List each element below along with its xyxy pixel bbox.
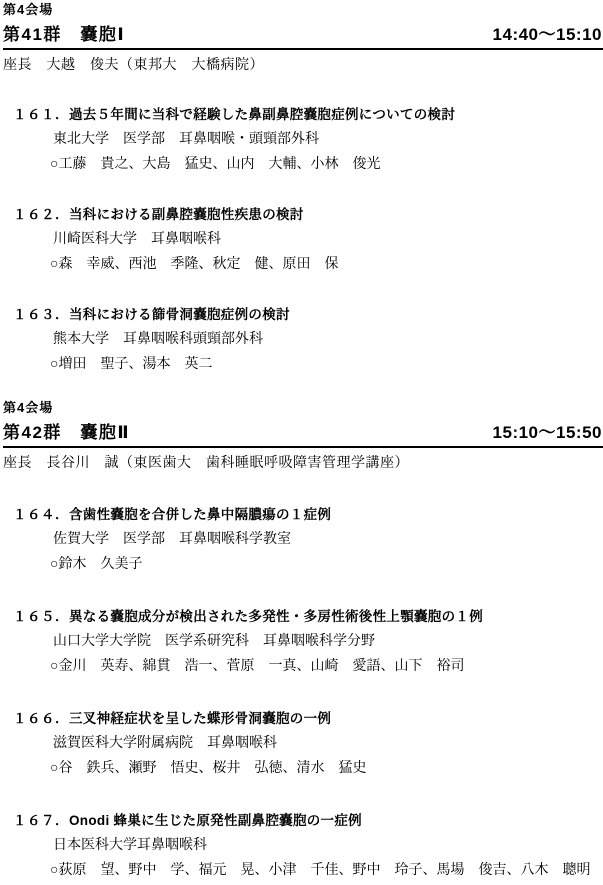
presentation-title-text: 当科における篩骨洞嚢胞症例の検討 <box>69 307 290 322</box>
presentation-affiliation: 日本医科大学耳鼻咽喉科 <box>3 838 603 854</box>
presentation-authors: ○金川 英寿、綿貫 浩一、菅原 一真、山崎 愛語、山下 裕司 <box>3 659 603 675</box>
presentation-title: １６２．当科における副鼻腔嚢胞性疾患の検討 <box>3 207 603 223</box>
presentation-authors: ○増田 聖子、湯本 英二 <box>3 357 603 373</box>
presentation-number: １６２． <box>13 207 69 222</box>
chair-line: 座長 大越 俊夫（東邦大 大橋病院） <box>3 56 603 73</box>
presentation-title-text: 異なる嚢胞成分が検出された多発性・多房性術後性上顎嚢胞の１例 <box>69 609 483 624</box>
presentation-authors: ○荻原 望、野中 学、福元 晃、小津 千佳、野中 玲子、馬場 俊吉、八木 聰明 <box>3 863 603 879</box>
presentation-number: １６７． <box>13 813 69 828</box>
group-header: 第41群 嚢胞Ⅰ 14:40～15:10 <box>3 24 603 50</box>
presentation-affiliation: 東北大学 医学部 耳鼻咽喉・頭頸部外科 <box>3 132 603 148</box>
venue-label: 第4会場 <box>3 400 603 415</box>
presentation-title: １６７．Onodi 蜂巣に生じた原発性副鼻腔嚢胞の一症例 <box>3 813 603 829</box>
presentation-title-text: 過去５年間に当科で経験した鼻副鼻腔嚢胞症例についての検討 <box>69 107 455 122</box>
presentation-affiliation: 佐賀大学 医学部 耳鼻咽喉科学教室 <box>3 532 603 548</box>
presentation-authors: ○工藤 貴之、大島 猛史、山内 大輔、小林 俊光 <box>3 157 603 173</box>
program-page: 第4会場 第41群 嚢胞Ⅰ 14:40～15:10 座長 大越 俊夫（東邦大 大… <box>3 2 603 879</box>
presentation-title: １６１．過去５年間に当科で経験した鼻副鼻腔嚢胞症例についての検討 <box>3 107 603 123</box>
presentation-affiliation: 川崎医科大学 耳鼻咽喉科 <box>3 232 603 248</box>
presentation-title: １６３．当科における篩骨洞嚢胞症例の検討 <box>3 307 603 323</box>
venue-label: 第4会場 <box>3 2 603 17</box>
session-block-42: 第4会場 第42群 嚢胞Ⅱ 15:10～15:50 座長 長谷川 誠（東医歯大 … <box>3 400 603 879</box>
presentation-authors: ○森 幸威、西池 季隆、秋定 健、原田 保 <box>3 257 603 273</box>
group-time: 14:40～15:10 <box>493 24 602 46</box>
presentation-title-text: 当科における副鼻腔嚢胞性疾患の検討 <box>69 207 304 222</box>
presentation-number: １６３． <box>13 307 69 322</box>
presentation-166: １６６．三叉神経症状を呈した蝶形骨洞嚢胞の一例 滋賀医科大学附属病院 耳鼻咽喉科… <box>3 711 603 777</box>
presentation-title: １６６．三叉神経症状を呈した蝶形骨洞嚢胞の一例 <box>3 711 603 727</box>
presentation-162: １６２．当科における副鼻腔嚢胞性疾患の検討 川崎医科大学 耳鼻咽喉科 ○森 幸威… <box>3 207 603 273</box>
presentation-affiliation: 熊本大学 耳鼻咽喉科頭頸部外科 <box>3 332 603 348</box>
presentation-164: １６４．含歯性嚢胞を合併した鼻中隔膿瘍の１症例 佐賀大学 医学部 耳鼻咽喉科学教… <box>3 507 603 573</box>
presentation-title: １６５．異なる嚢胞成分が検出された多発性・多房性術後性上顎嚢胞の１例 <box>3 609 603 625</box>
presentation-163: １６３．当科における篩骨洞嚢胞症例の検討 熊本大学 耳鼻咽喉科頭頸部外科 ○増田… <box>3 307 603 373</box>
presentation-title: １６４．含歯性嚢胞を合併した鼻中隔膿瘍の１症例 <box>3 507 603 523</box>
presentation-number: １６１． <box>13 107 69 122</box>
session-block-41: 第4会場 第41群 嚢胞Ⅰ 14:40～15:10 座長 大越 俊夫（東邦大 大… <box>3 2 603 373</box>
presentation-title-text: 三叉神経症状を呈した蝶形骨洞嚢胞の一例 <box>69 711 331 726</box>
presentation-165: １６５．異なる嚢胞成分が検出された多発性・多房性術後性上顎嚢胞の１例 山口大学大… <box>3 609 603 675</box>
group-time: 15:10～15:50 <box>493 422 602 444</box>
presentation-title-text: 含歯性嚢胞を合併した鼻中隔膿瘍の１症例 <box>69 507 331 522</box>
presentation-number: １６５． <box>13 609 69 624</box>
group-title: 第42群 嚢胞Ⅱ <box>3 422 130 444</box>
presentation-authors: ○鈴木 久美子 <box>3 557 603 573</box>
presentation-authors: ○谷 鉄兵、瀬野 悟史、桜井 弘徳、清水 猛史 <box>3 761 603 777</box>
presentation-number: １６４． <box>13 507 69 522</box>
presentation-167: １６７．Onodi 蜂巣に生じた原発性副鼻腔嚢胞の一症例 日本医科大学耳鼻咽喉科… <box>3 813 603 879</box>
presentation-affiliation: 滋賀医科大学附属病院 耳鼻咽喉科 <box>3 736 603 752</box>
presentation-number: １６６． <box>13 711 69 726</box>
presentation-title-text: Onodi 蜂巣に生じた原発性副鼻腔嚢胞の一症例 <box>69 813 362 828</box>
group-header: 第42群 嚢胞Ⅱ 15:10～15:50 <box>3 422 603 448</box>
group-title: 第41群 嚢胞Ⅰ <box>3 24 125 46</box>
presentation-affiliation: 山口大学大学院 医学系研究科 耳鼻咽喉科学分野 <box>3 634 603 650</box>
chair-line: 座長 長谷川 誠（東医歯大 歯科睡眠呼吸障害管理学講座） <box>3 454 603 471</box>
presentation-161: １６１．過去５年間に当科で経験した鼻副鼻腔嚢胞症例についての検討 東北大学 医学… <box>3 107 603 173</box>
